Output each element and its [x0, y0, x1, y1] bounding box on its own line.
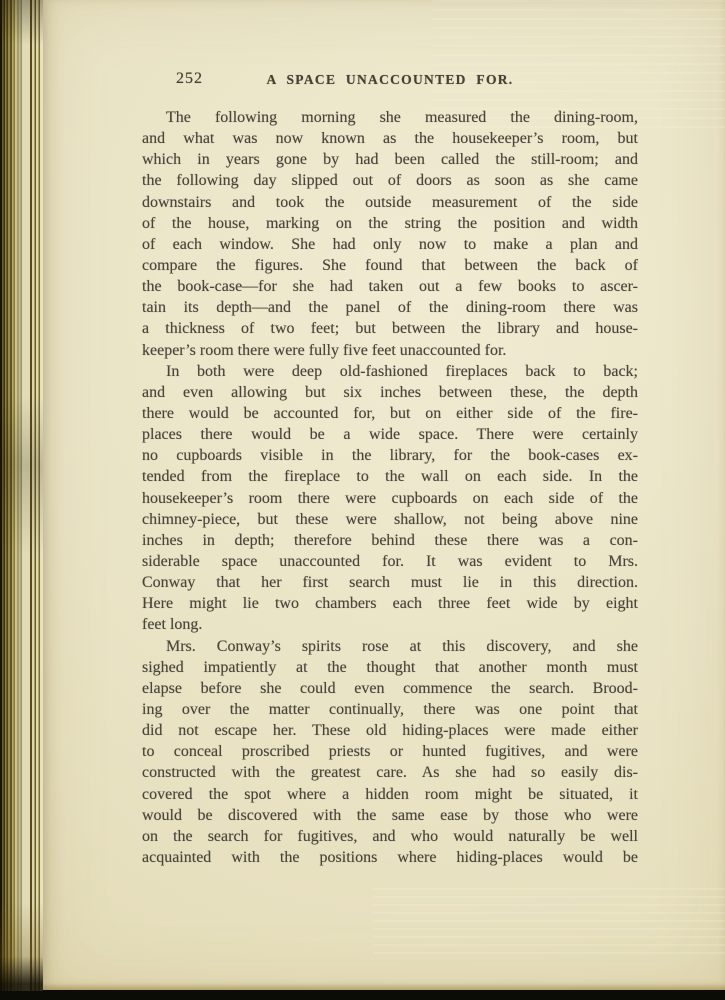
text-line: no cupboards visible in the library, for… [142, 445, 638, 466]
text-line: chimney-piece, but these were shallow, n… [142, 509, 638, 530]
text-line: constructed with the greatest care. As s… [142, 762, 638, 783]
text-line: there would be accounted for, but on eit… [142, 403, 638, 424]
page-body-text: The following morning she measured the d… [142, 107, 638, 868]
text-line: the book-case—for she had taken out a fe… [142, 276, 638, 297]
running-head: 252 A SPACE UNACCOUNTED FOR. [142, 70, 638, 92]
text-line: Mrs. Conway’s spirits rose at this disco… [142, 636, 638, 657]
paper-texture-bottom [373, 888, 725, 954]
scanned-book-photo: 252 A SPACE UNACCOUNTED FOR. The followi… [0, 0, 725, 1000]
text-line: compare the figures. She found that betw… [142, 255, 638, 276]
text-line: did not escape her. These old hiding-pla… [142, 720, 638, 741]
text-line: acquainted with the positions where hidi… [142, 847, 638, 868]
text-line: covered the spot where a hidden room mig… [142, 784, 638, 805]
text-line: housekeeper’s room there were cupboards … [142, 488, 638, 509]
text-line: elapse before she could even commence th… [142, 678, 638, 699]
text-line: The following morning she measured the d… [142, 107, 638, 128]
text-line: and even allowing but six inches between… [142, 382, 638, 403]
text-line: ing over the matter continually, there w… [142, 699, 638, 720]
text-line: which in years gone by had been called t… [142, 149, 638, 170]
text-line: a thickness of two feet; but between the… [142, 318, 638, 339]
text-line: sighed impatiently at the thought that a… [142, 657, 638, 678]
text-line: on the search for fugitives, and who wou… [142, 826, 638, 847]
text-line: the following day slipped out of doors a… [142, 170, 638, 191]
book-binding-edge [0, 0, 43, 991]
text-line: tended from the fireplace to the wall on… [142, 466, 638, 487]
text-line: In both were deep old-fashioned fireplac… [142, 361, 638, 382]
text-line: downstairs and took the outside measurem… [142, 192, 638, 213]
text-line: and what was now known as the housekeepe… [142, 128, 638, 149]
text-line: inches in depth; therefore behind these … [142, 530, 638, 551]
text-line: keeper’s room there were fully five feet… [142, 340, 638, 361]
text-line: places there would be a wide space. Ther… [142, 424, 638, 445]
text-line: of the house, marking on the string the … [142, 213, 638, 234]
text-line: Here might lie two chambers each three f… [142, 593, 638, 614]
running-title: A SPACE UNACCOUNTED FOR. [142, 72, 638, 88]
text-line: to conceal proscribed priests or hunted … [142, 741, 638, 762]
text-line: feet long. [142, 614, 638, 635]
text-line: of each window. She had only now to make… [142, 234, 638, 255]
text-line: siderable space unaccounted for. It was … [142, 551, 638, 572]
text-line: Conway that her first search must lie in… [142, 572, 638, 593]
text-line: would be discovered with the same ease b… [142, 805, 638, 826]
text-line: tain its depth—and the panel of the dini… [142, 297, 638, 318]
